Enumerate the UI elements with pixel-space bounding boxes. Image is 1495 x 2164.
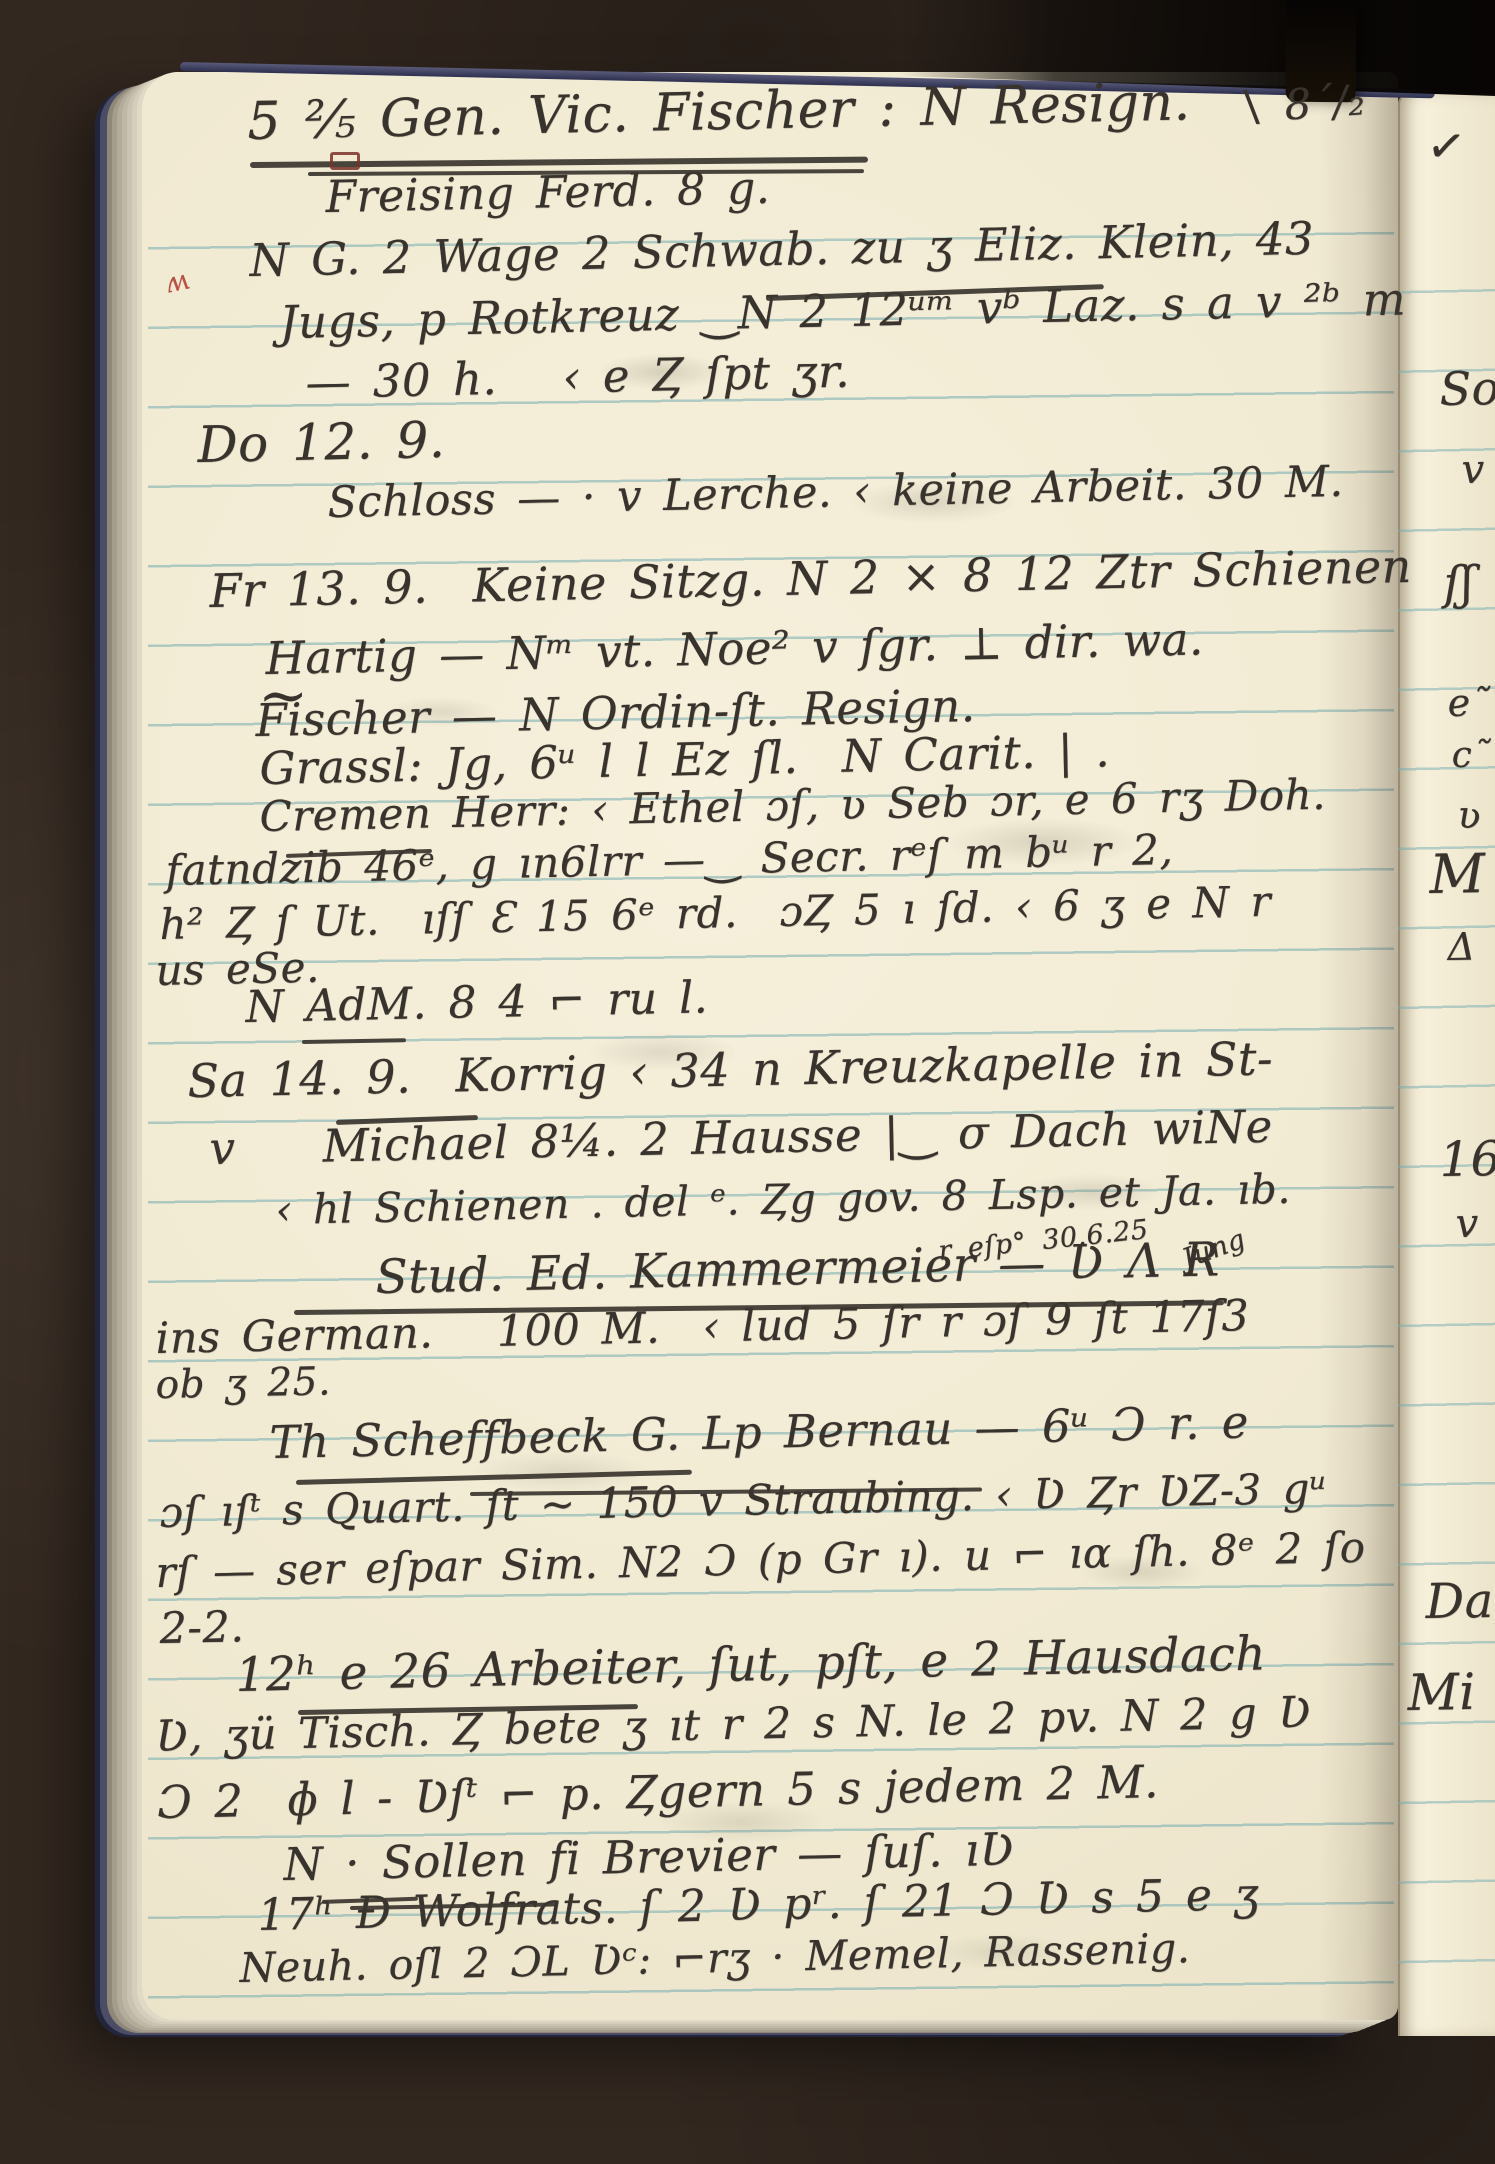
next-page-edge (1398, 94, 1495, 2036)
notebook-page (142, 72, 1398, 2020)
gutter-crease (1318, 72, 1398, 2020)
bookmark-ribbon (1285, 0, 1356, 102)
next-page-ruled-lines (1398, 214, 1495, 2026)
ink-bleedthrough (142, 72, 1398, 2020)
notebook-photo: 5 ⅖ Gen. Vic. Fischer : N Resign.∖ 8´/₂F… (0, 0, 1495, 2164)
